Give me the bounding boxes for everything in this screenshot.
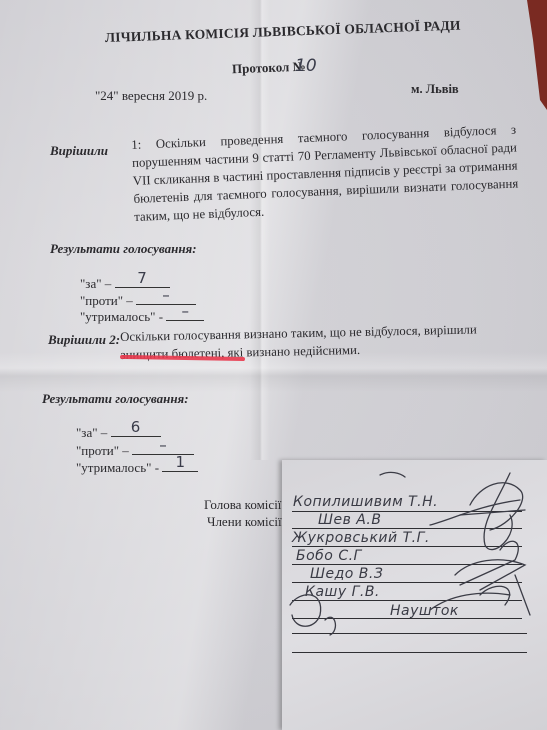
results1-abstained: "утрималось" - – bbox=[80, 306, 204, 325]
vote-value: 1 bbox=[162, 453, 198, 471]
handwritten-signatures-scribble bbox=[280, 465, 547, 645]
protocol-number: 10 bbox=[295, 56, 317, 76]
vote-label: "проти" – bbox=[76, 443, 129, 458]
commission-members-label: Члени комісії bbox=[207, 514, 282, 530]
vote-label: "за" – bbox=[80, 276, 111, 291]
vote-value: 6 bbox=[111, 418, 161, 436]
results2-heading: Результати голосування: bbox=[42, 391, 189, 407]
document-city: м. Львів bbox=[411, 82, 459, 97]
vote-label: "утрималось" - bbox=[76, 460, 159, 475]
vote-value: – bbox=[166, 302, 204, 320]
document-date: "24" вересня 2019 р. bbox=[95, 88, 207, 104]
vote-label: "утрималось" - bbox=[80, 309, 163, 324]
vote-label: "за" – bbox=[76, 425, 107, 440]
decision1-text: 1: Оскільки проведення таємного голосува… bbox=[131, 121, 519, 226]
head-of-commission-label: Голова комісії bbox=[204, 497, 281, 513]
decision2-label: Вирішили 2: bbox=[48, 332, 120, 348]
decision1-label: Вирішили bbox=[50, 143, 108, 159]
results1-heading: Результати голосування: bbox=[50, 241, 197, 257]
results2-abstained: "утрималось" - 1 bbox=[76, 457, 198, 476]
vote-value: – bbox=[132, 436, 194, 454]
vote-value: 7 bbox=[115, 269, 170, 287]
